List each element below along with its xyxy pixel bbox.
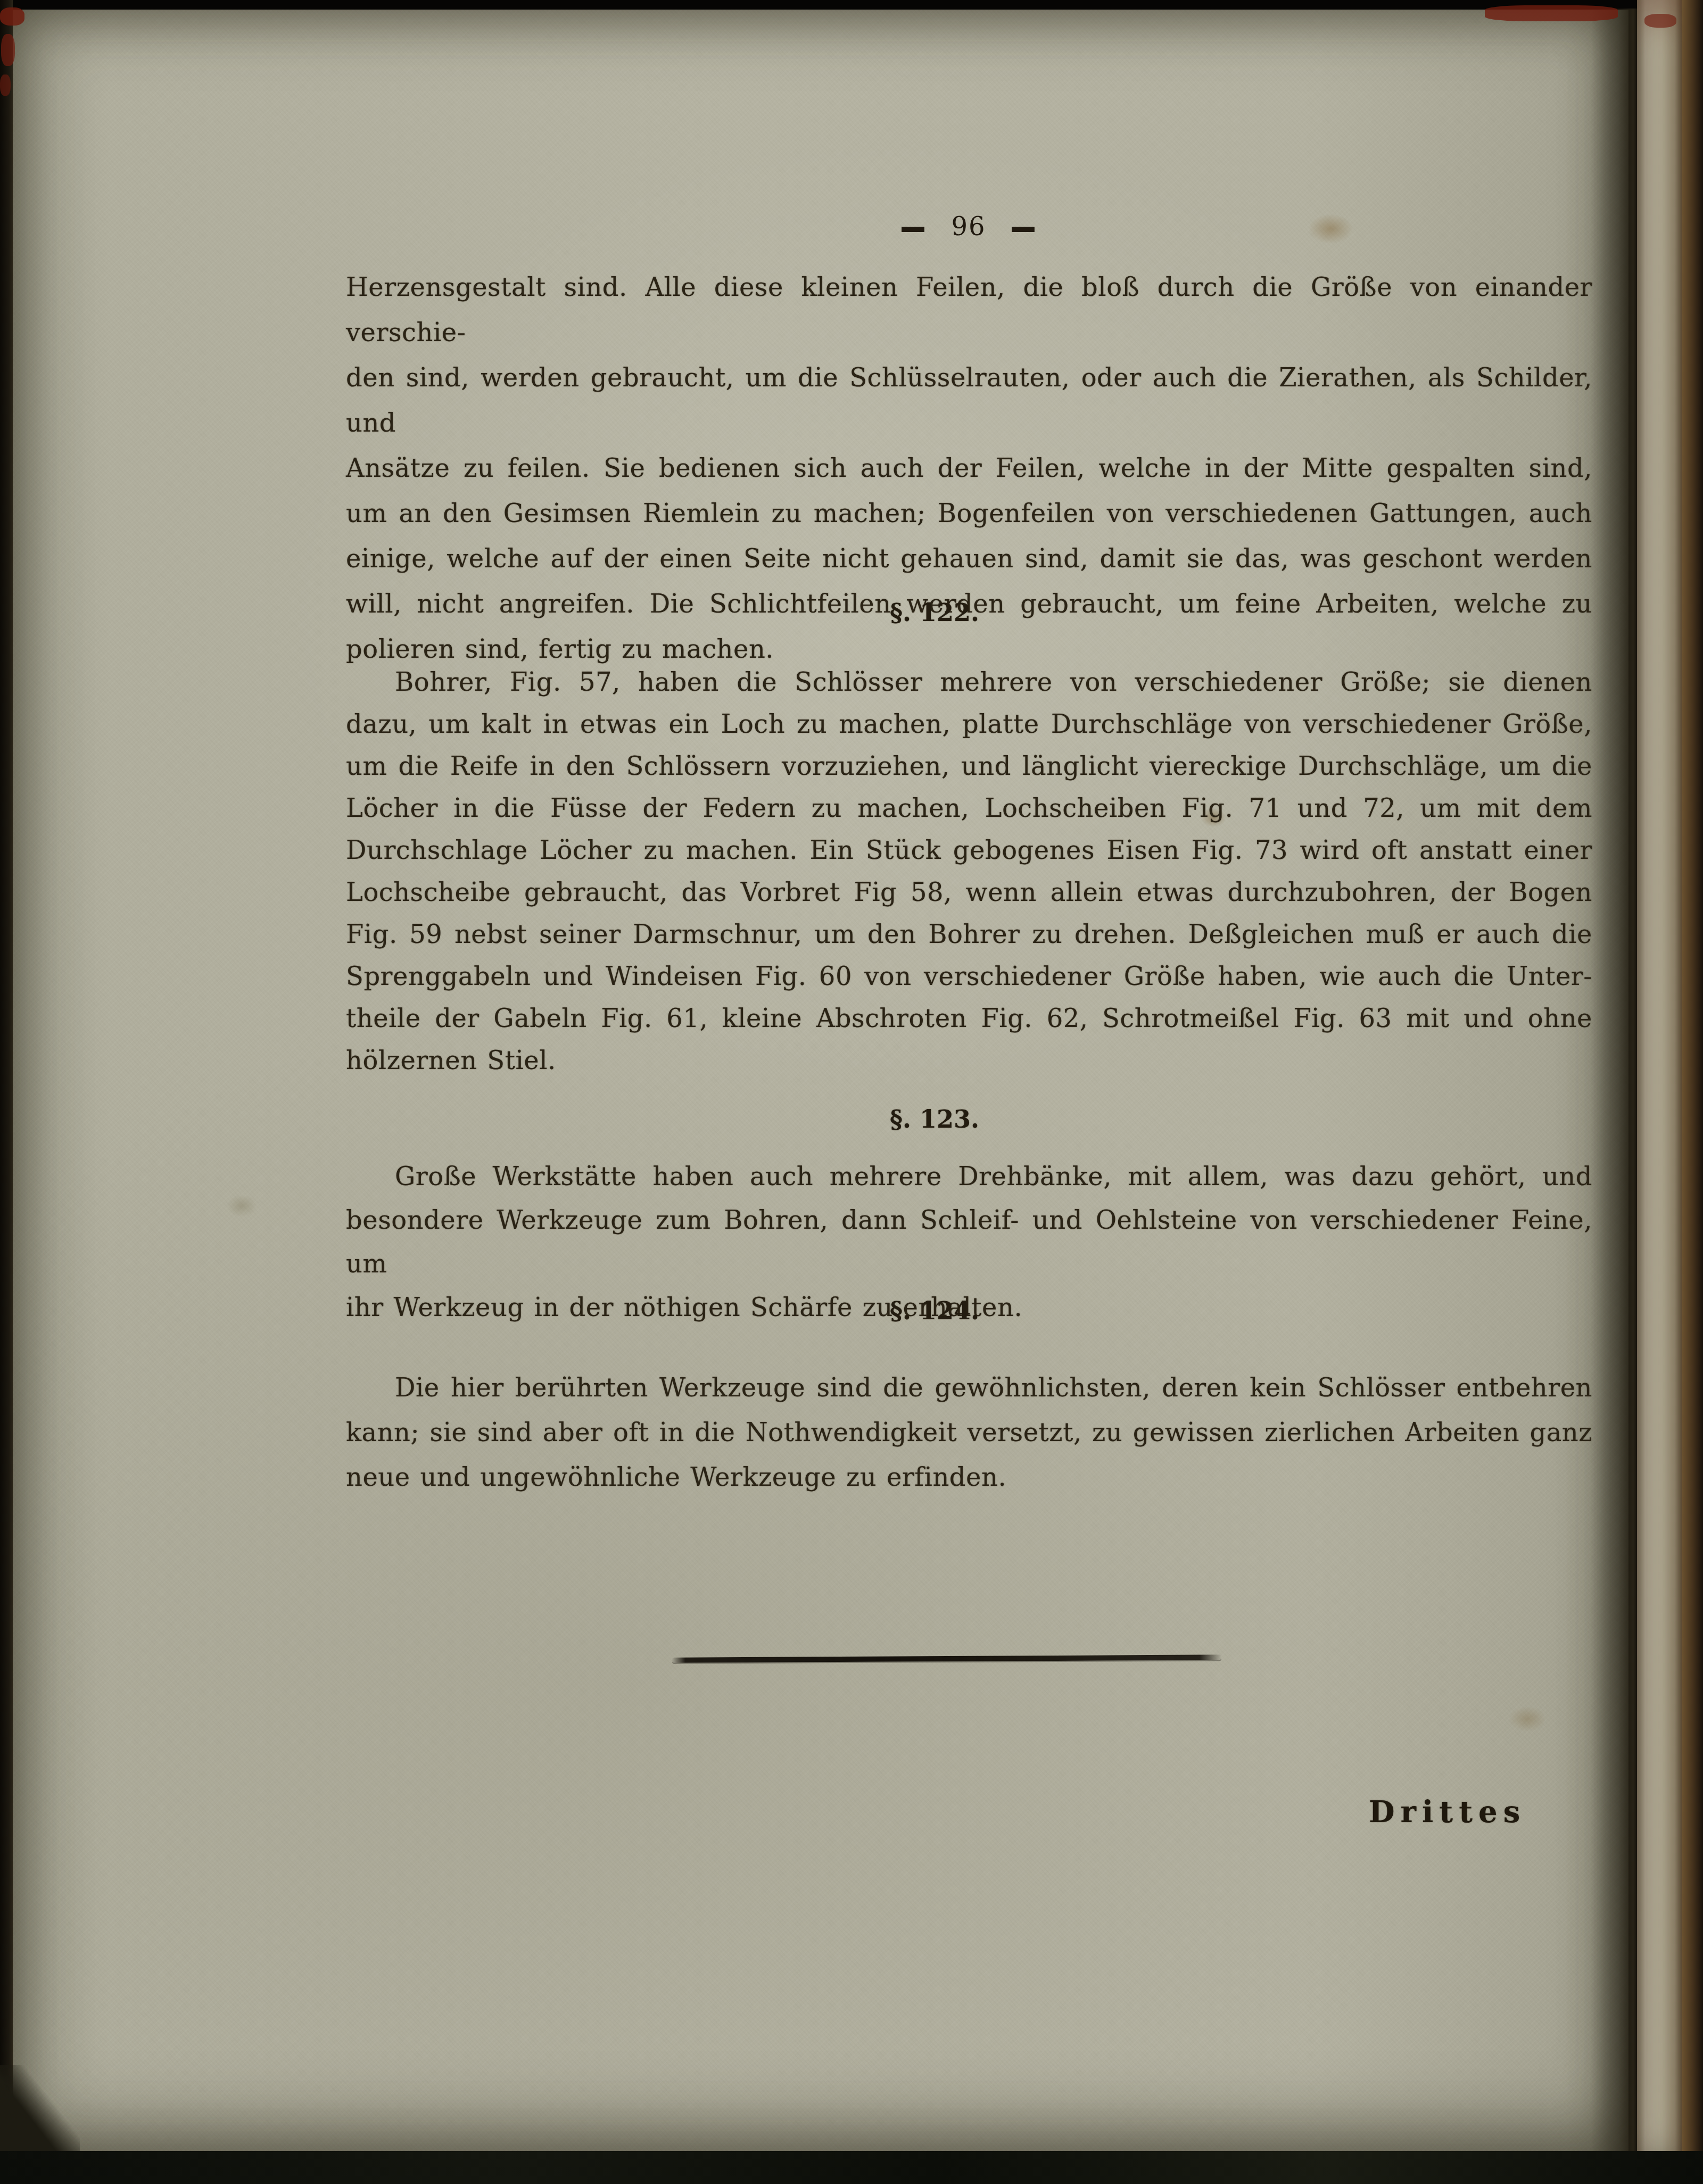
text-line: um die Reife in den Schlössern vorzuzieh… [346, 746, 1592, 788]
text-line: den sind, werden gebraucht, um die Schlü… [346, 355, 1592, 446]
text-line: kann; sie sind aber oft in die Nothwendi… [346, 1410, 1592, 1455]
next-page-edge [1637, 0, 1682, 2184]
text-line: dazu, um kalt in etwas ein Loch zu mache… [346, 704, 1592, 746]
book-scan: —96— Herzensgestalt sind. Alle diese kle… [0, 0, 1703, 2184]
text-line: Durchschlage Löcher zu machen. Ein Stück… [346, 830, 1592, 872]
paragraph-124: Die hier berührten Werkzeuge sind die ge… [346, 1366, 1592, 1500]
page-number: 96 [951, 212, 986, 242]
text-line: Lochscheibe gebraucht, das Vorbret Fig 5… [346, 872, 1592, 914]
header-dash-right: — [1011, 201, 1037, 252]
red-mark [0, 75, 11, 96]
text-line: theile der Gabeln Fig. 61, kleine Abschr… [346, 998, 1592, 1040]
text-line: Ansätze zu feilen. Sie bedienen sich auc… [346, 446, 1592, 491]
paragraph-122: Bohrer, Fig. 57, haben die Schlösser meh… [346, 661, 1592, 1082]
catchword: Drittes [1369, 1794, 1526, 1830]
section-heading-122: §. 122. [312, 598, 1557, 627]
section-heading-124: §. 124. [312, 1296, 1557, 1325]
page-gutter [1591, 9, 1637, 2153]
section-heading-123: §. 123. [312, 1105, 1557, 1134]
text-line: Die hier berührten Werkzeuge sind die ge… [346, 1366, 1592, 1410]
text-line: einige, welche auf der einen Seite nicht… [346, 536, 1592, 582]
text-line: neue und ungewöhnliche Werkzeuge zu erfi… [346, 1455, 1592, 1500]
text-line: Herzensgestalt sind. Alle diese kleinen … [346, 265, 1592, 355]
text-line: um an den Gesimsen Riemlein zu machen; B… [346, 491, 1592, 536]
page-header: —96— [346, 212, 1591, 242]
text-line: Bohrer, Fig. 57, haben die Schlösser meh… [346, 661, 1592, 704]
bottom-border [0, 2151, 1703, 2184]
top-border [0, 0, 1703, 10]
corner-wear [0, 2065, 80, 2151]
text-line: Löcher in die Füsse der Federn zu machen… [346, 788, 1592, 830]
text-line: Fig. 59 nebst seiner Darmschnur, um den … [346, 914, 1592, 956]
left-border [0, 0, 13, 2184]
red-mark [1, 34, 15, 66]
text-line: hölzernen Stiel. [346, 1040, 1592, 1082]
header-dash-left: — [900, 201, 927, 252]
text-line: Große Werkstätte haben auch mehrere Dreh… [346, 1155, 1592, 1198]
red-mark [1644, 14, 1676, 28]
red-mark [1485, 5, 1618, 21]
text-line: Sprenggabeln und Windeisen Fig. 60 von v… [346, 956, 1592, 998]
text-line: besondere Werkzeuge zum Bohren, dann Sch… [346, 1198, 1592, 1286]
spine-edge [1682, 0, 1703, 2184]
red-mark [0, 7, 24, 26]
